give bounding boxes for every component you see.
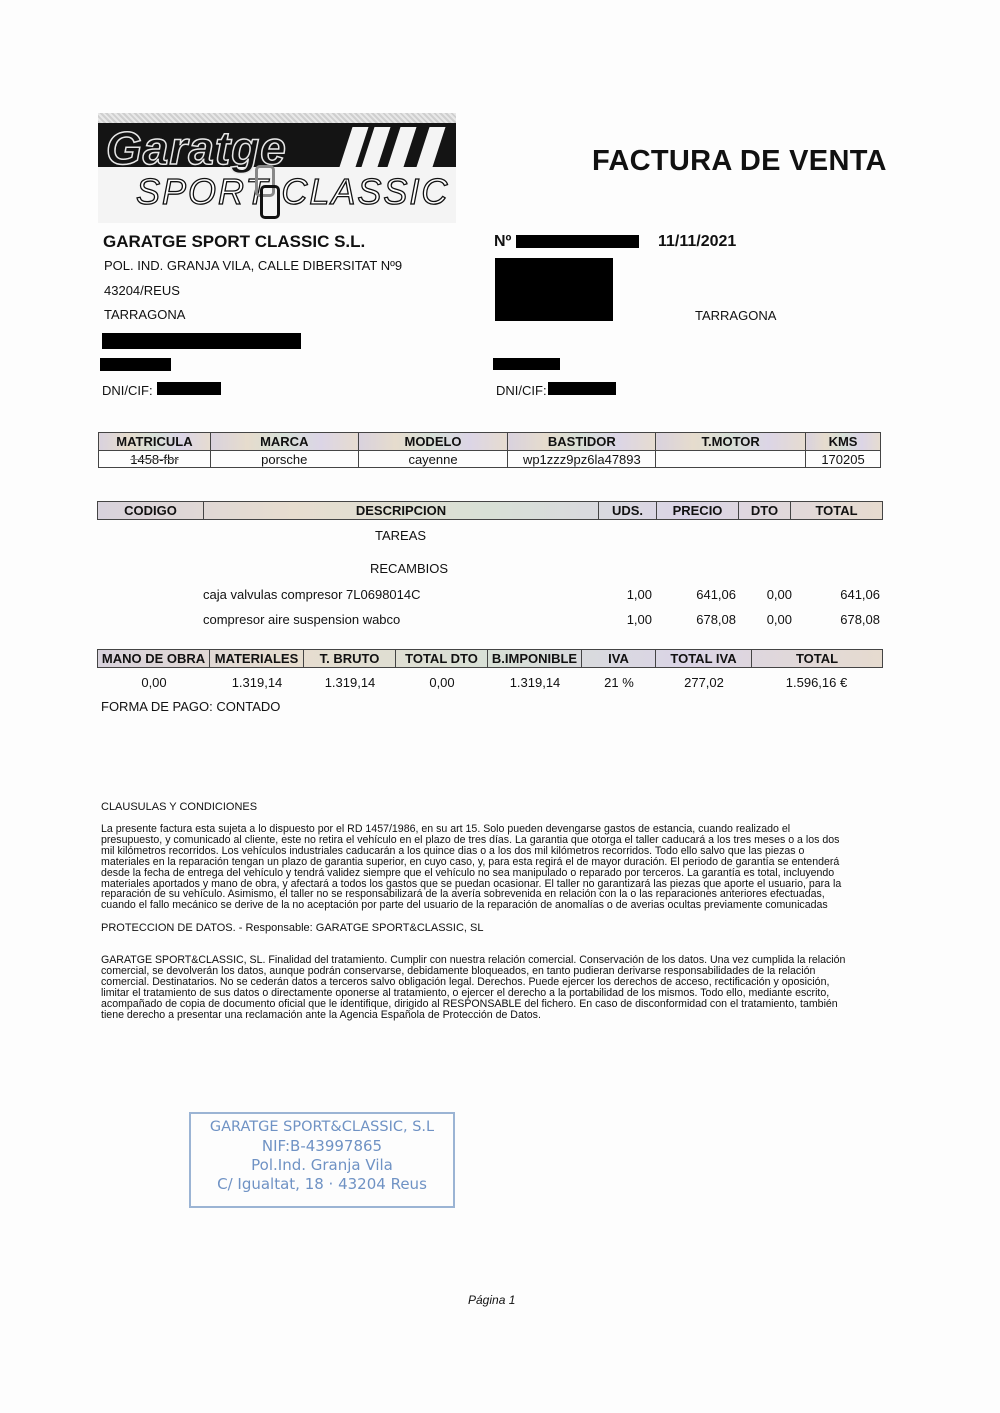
totals-materiales: 1.319,14 [210, 675, 304, 690]
vehicle-modelo: cayenne [358, 451, 508, 468]
vehicle-col-marca: MARCA [210, 433, 358, 451]
redacted-invoice-number [516, 235, 639, 248]
item-uds: 1,00 [600, 612, 652, 627]
item-dto: 0,00 [750, 587, 792, 602]
items-col-codigo: CODIGO [98, 502, 204, 519]
invoice-date: 11/11/2021 [658, 233, 736, 251]
item-total: 678,08 [820, 612, 880, 627]
stamp-company-name: GARATGE SPORT&CLASSIC, S.L [191, 1118, 453, 1137]
vehicle-bastidor: wp1zzz9pz6la47893 [508, 451, 656, 468]
stamp-address-line1: Pol.Ind. Granja Vila [191, 1156, 453, 1175]
issuer-province: TARRAGONA [104, 307, 185, 322]
vehicle-col-matricula: MATRICULA [99, 433, 211, 451]
section-recambios: RECAMBIOS [370, 561, 448, 576]
redacted-block [548, 382, 616, 395]
items-col-uds: UDS. [599, 502, 657, 519]
conditions-line: cuando el fallo mecánico se derive de la… [101, 900, 891, 911]
items-col-dto: DTO [739, 502, 791, 519]
vehicle-row: 1458-fbr porsche cayenne wp1zzz9pz6la478… [99, 451, 881, 468]
vehicle-matricula: 1458-fbr [99, 451, 211, 468]
totals-table-header: MANO DE OBRA MATERIALES T. BRUTO TOTAL D… [97, 649, 883, 668]
item-dto: 0,00 [750, 612, 792, 627]
vehicle-col-kms: KMS [806, 433, 881, 451]
company-logo: Garatge SPORT CLASSIC [98, 113, 456, 223]
section-tareas: TAREAS [375, 528, 426, 543]
vehicle-marca: porsche [210, 451, 358, 468]
vehicle-col-tmotor: T.MOTOR [656, 433, 806, 451]
totals-col-total: TOTAL [752, 650, 882, 667]
data-protection-heading: PROTECCION DE DATOS. - Responsable: GARA… [101, 922, 483, 934]
data-protection-line: tiene derecho a presentar una reclamació… [101, 1010, 891, 1021]
conditions-line: materiales en la reparación tengan un pl… [101, 857, 891, 868]
stamp-nif: NIF:B-43997865 [191, 1137, 453, 1156]
vehicle-col-modelo: MODELO [358, 433, 508, 451]
totals-total-dto: 0,00 [396, 675, 488, 690]
items-col-total: TOTAL [791, 502, 882, 519]
vehicle-table-header: MATRICULA MARCA MODELO BASTIDOR T.MOTOR … [99, 433, 881, 451]
redacted-block [100, 358, 171, 371]
client-province: TARRAGONA [695, 308, 776, 323]
stamp-address-line2: C/ Igualtat, 18 · 43204 Reus [191, 1175, 453, 1194]
totals-col-total-iva: TOTAL IVA [656, 650, 752, 667]
item-uds: 1,00 [600, 587, 652, 602]
totals-iva: 21 % [582, 675, 656, 690]
item-description: compresor aire suspension wabco [203, 612, 400, 627]
conditions-heading: CLAUSULAS Y CONDICIONES [101, 801, 257, 813]
document-title: FACTURA DE VENTA [592, 145, 887, 178]
redacted-block [102, 333, 301, 349]
logo-word-sport-classic: SPORT CLASSIC [136, 171, 449, 213]
vehicle-kms: 170205 [806, 451, 881, 468]
issuer-dni-label: DNI/CIF: [102, 383, 153, 398]
vehicle-table: MATRICULA MARCA MODELO BASTIDOR T.MOTOR … [98, 432, 881, 468]
items-table-header: CODIGO DESCRIPCION UDS. PRECIO DTO TOTAL [97, 501, 883, 520]
data-protection-line: limitar el tratamiento de sus datos o di… [101, 988, 891, 999]
totals-t-bruto: 1.319,14 [304, 675, 396, 690]
totals-col-iva: IVA [582, 650, 656, 667]
vehicle-tmotor [656, 451, 806, 468]
totals-col-materiales: MATERIALES [210, 650, 304, 667]
logo-chain-link-icon [260, 185, 280, 219]
item-precio: 641,06 [670, 587, 736, 602]
totals-total-iva: 277,02 [656, 675, 752, 690]
item-description: caja valvulas compresor 7L0698014C [203, 587, 421, 602]
issuer-postal-city: 43204/REUS [104, 283, 180, 298]
invoice-number-label: Nº [494, 233, 511, 251]
data-protection-text: GARATGE SPORT&CLASSIC, SL. Finalidad del… [101, 955, 891, 1020]
issuer-address: POL. IND. GRANJA VILA, CALLE DIBERSITAT … [104, 258, 402, 273]
redacted-block [493, 358, 560, 370]
redacted-client-block [495, 258, 613, 321]
items-col-precio: PRECIO [657, 502, 739, 519]
item-precio: 678,08 [670, 612, 736, 627]
totals-col-t-bruto: T. BRUTO [304, 650, 396, 667]
data-protection-line: acompañado de copia de documento oficial… [101, 999, 891, 1010]
items-col-descripcion: DESCRIPCION [204, 502, 599, 519]
totals-mano-obra: 0,00 [98, 675, 210, 690]
item-total: 641,06 [820, 587, 880, 602]
totals-col-mano-obra: MANO DE OBRA [98, 650, 210, 667]
issuer-name: GARATGE SPORT CLASSIC S.L. [103, 232, 365, 252]
conditions-text: La presente factura esta sujeta a lo dis… [101, 824, 891, 911]
page-number: Página 1 [468, 1293, 515, 1307]
payment-method: FORMA DE PAGO: CONTADO [101, 699, 280, 714]
totals-total: 1.596,16 € [752, 675, 881, 690]
redacted-block [157, 382, 221, 395]
company-stamp: GARATGE SPORT&CLASSIC, S.L NIF:B-4399786… [189, 1112, 455, 1208]
client-dni-label: DNI/CIF: [496, 383, 547, 398]
vehicle-col-bastidor: BASTIDOR [508, 433, 656, 451]
totals-col-b-imponible: B.IMPONIBLE [488, 650, 582, 667]
totals-col-total-dto: TOTAL DTO [396, 650, 488, 667]
conditions-line: desde la fecha de entrega del vehículo y… [101, 868, 891, 879]
totals-b-imponible: 1.319,14 [488, 675, 582, 690]
